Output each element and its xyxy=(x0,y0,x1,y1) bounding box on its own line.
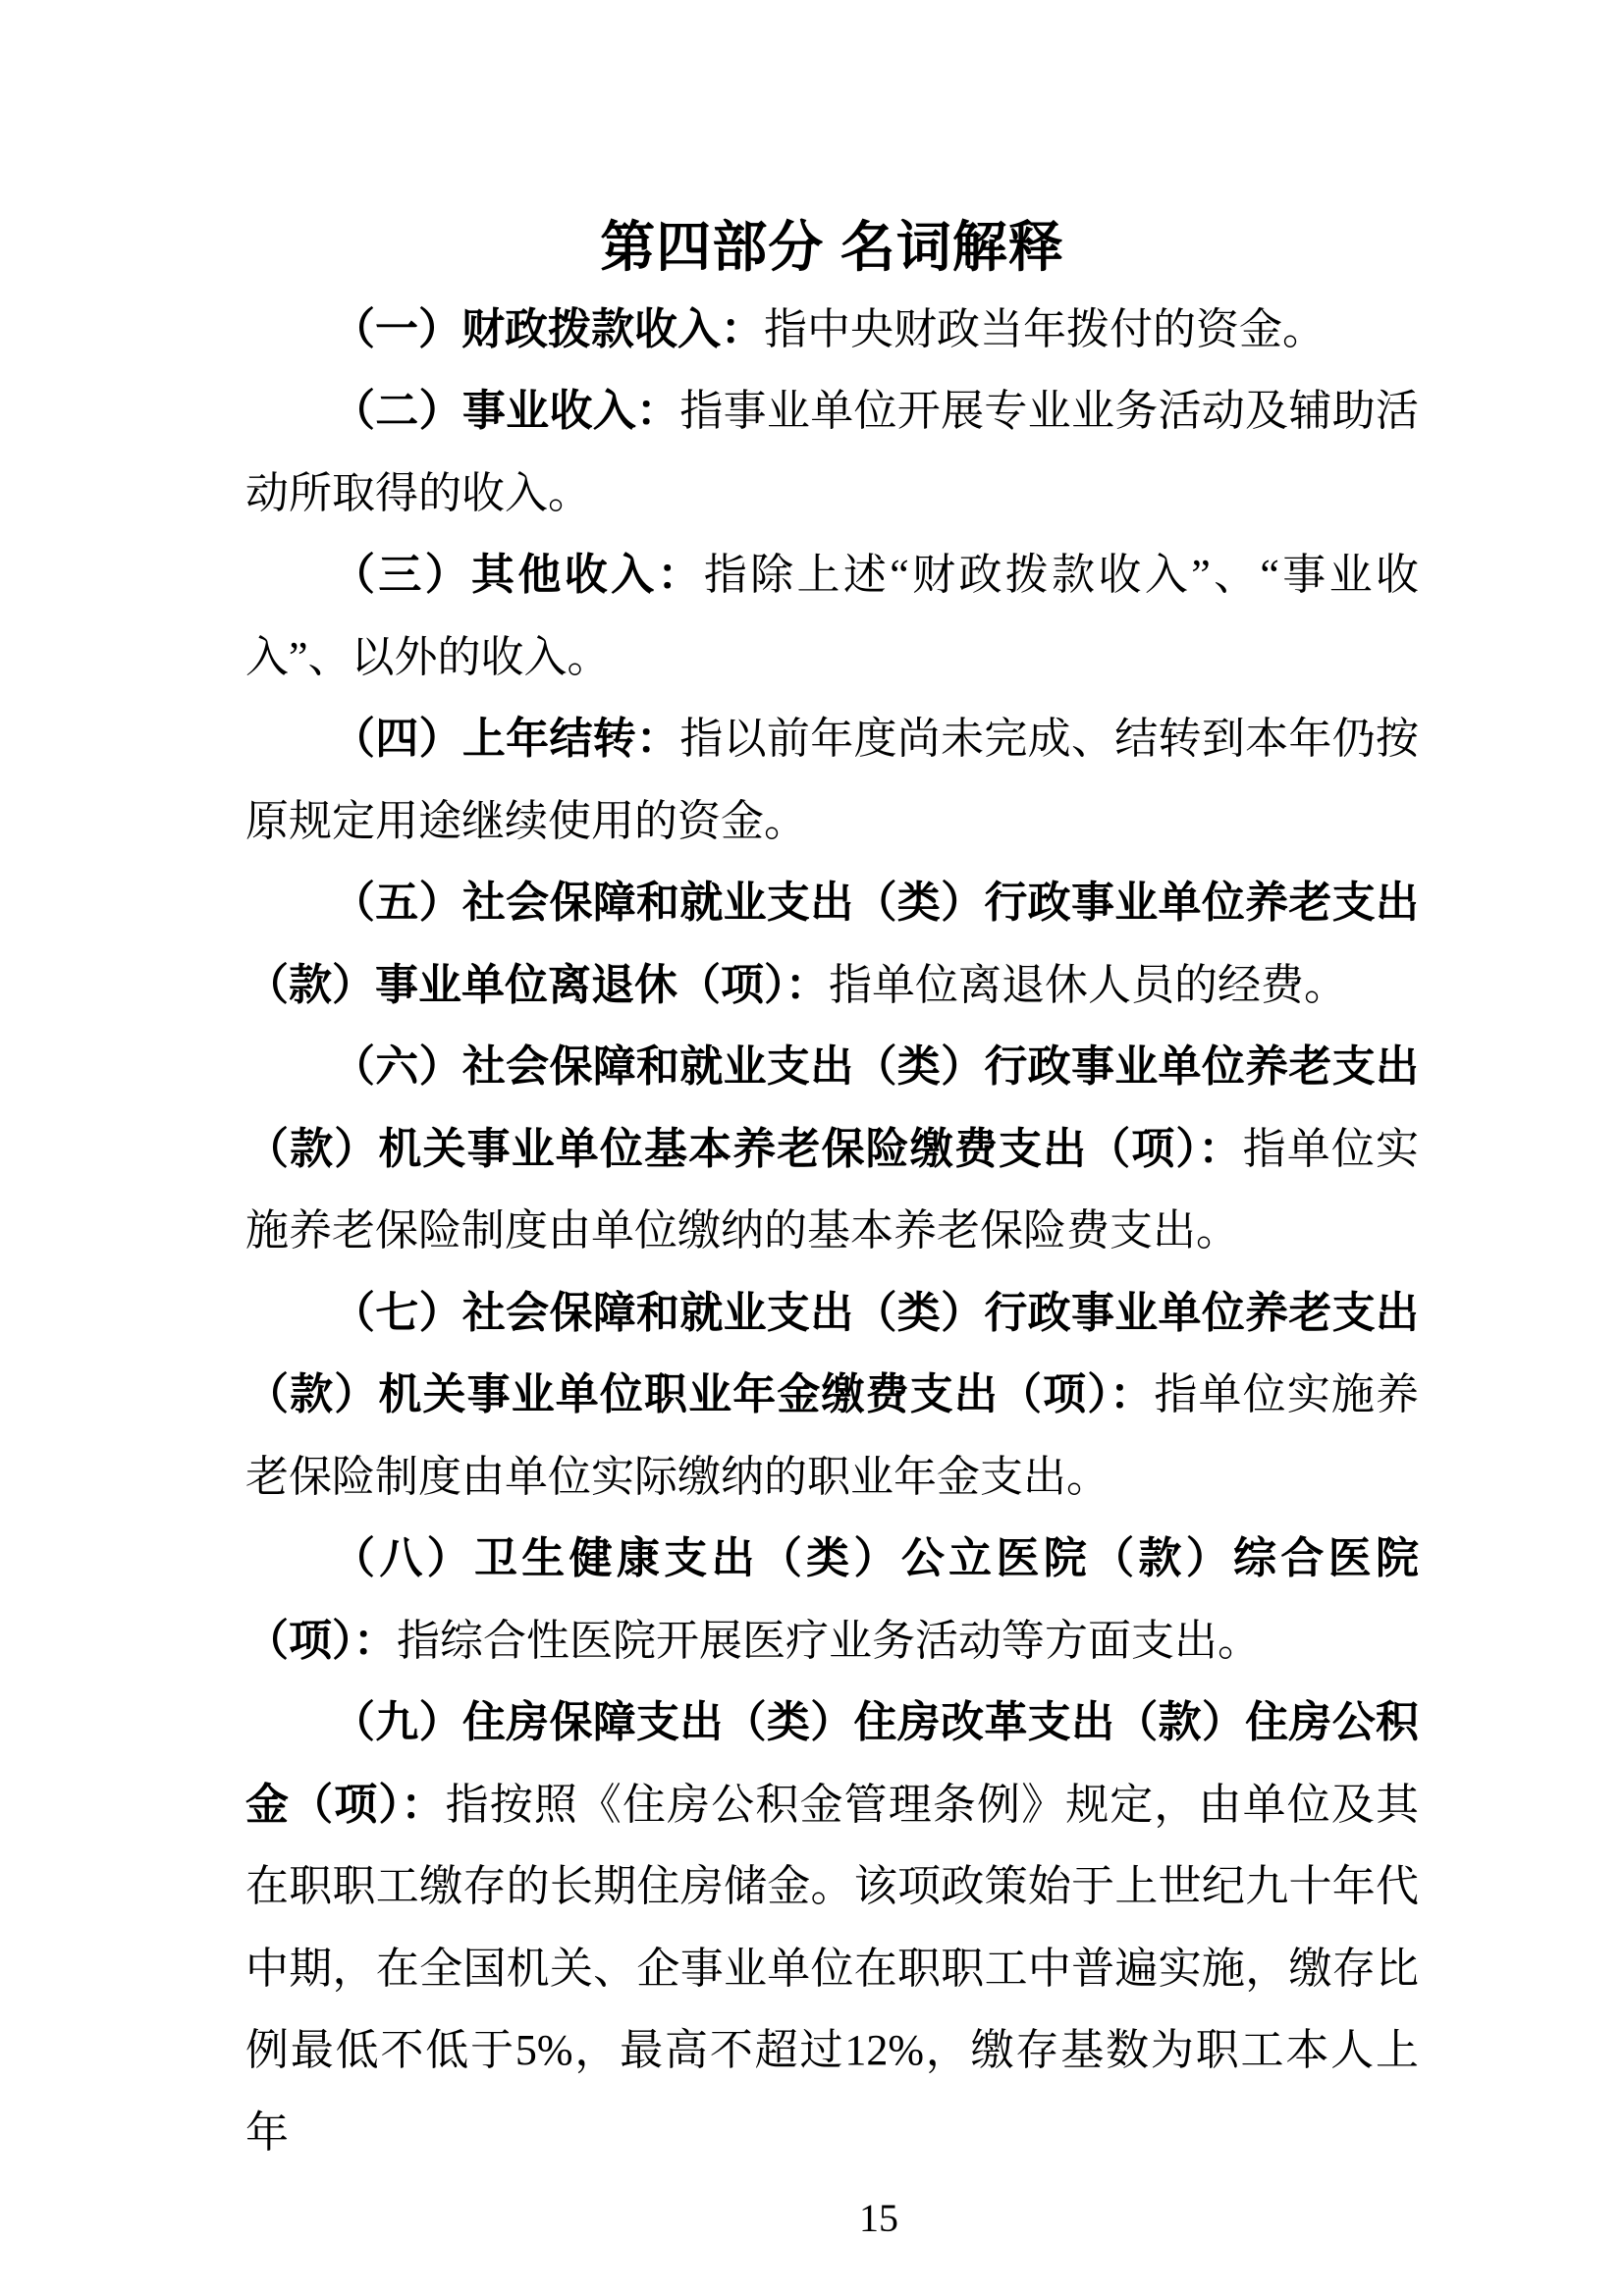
term-label: （一）财政拨款收入： xyxy=(332,305,764,353)
term-definition: 指中央财政当年拨付的资金。 xyxy=(764,305,1326,353)
term-definition: 指单位离退休人员的经费。 xyxy=(829,961,1347,1009)
document-page: 第四部分 名词解释 （一）财政拨款收入：指中央财政当年拨付的资金。 （二）事业收… xyxy=(0,0,1624,2296)
document-content: 第四部分 名词解释 （一）财政拨款收入：指中央财政当年拨付的资金。 （二）事业收… xyxy=(0,0,1624,2173)
definitions-list: （一）财政拨款收入：指中央财政当年拨付的资金。 （二）事业收入：指事业单位开展专… xyxy=(245,289,1419,2174)
page-number: 15 xyxy=(859,2197,898,2240)
term-definition: 指综合性医院开展医疗业务活动等方面支出。 xyxy=(397,1617,1261,1665)
term-definition: 指按照《住房公积金管理条例》规定，由单位及其在职职工缴存的长期住房储金。该项政策… xyxy=(245,1781,1419,2157)
definition-paragraph: （三）其他收入：指除上述“财政拨款收入”、“事业收入”、以外的收入。 xyxy=(245,534,1419,698)
definition-paragraph: （六）社会保障和就业支出（类）行政事业单位养老支出（款）机关事业单位基本养老保险… xyxy=(245,1026,1419,1272)
definition-paragraph: （九）住房保障支出（类）住房改革支出（款）住房公积金（项）：指按照《住房公积金管… xyxy=(245,1682,1419,2173)
definition-paragraph: （八）卫生健康支出（类）公立医院（款）综合医院（项）：指综合性医院开展医疗业务活… xyxy=(245,1518,1419,1682)
term-label: （三）其他收入： xyxy=(332,551,704,599)
definition-paragraph: （四）上年结转：指以前年度尚未完成、结转到本年仍按原规定用途继续使用的资金。 xyxy=(245,698,1419,862)
definition-paragraph: （五）社会保障和就业支出（类）行政事业单位养老支出（款）事业单位离退休（项）：指… xyxy=(245,862,1419,1026)
term-label: （四）上年结转： xyxy=(332,715,679,763)
section-title: 第四部分 名词解释 xyxy=(245,206,1419,289)
definition-paragraph: （二）事业收入：指事业单位开展专业业务活动及辅助活动所取得的收入。 xyxy=(245,370,1419,534)
definition-paragraph: （一）财政拨款收入：指中央财政当年拨付的资金。 xyxy=(245,289,1419,371)
definition-paragraph: （七）社会保障和就业支出（类）行政事业单位养老支出（款）机关事业单位职业年金缴费… xyxy=(245,1272,1419,1519)
term-label: （二）事业收入： xyxy=(332,387,679,435)
